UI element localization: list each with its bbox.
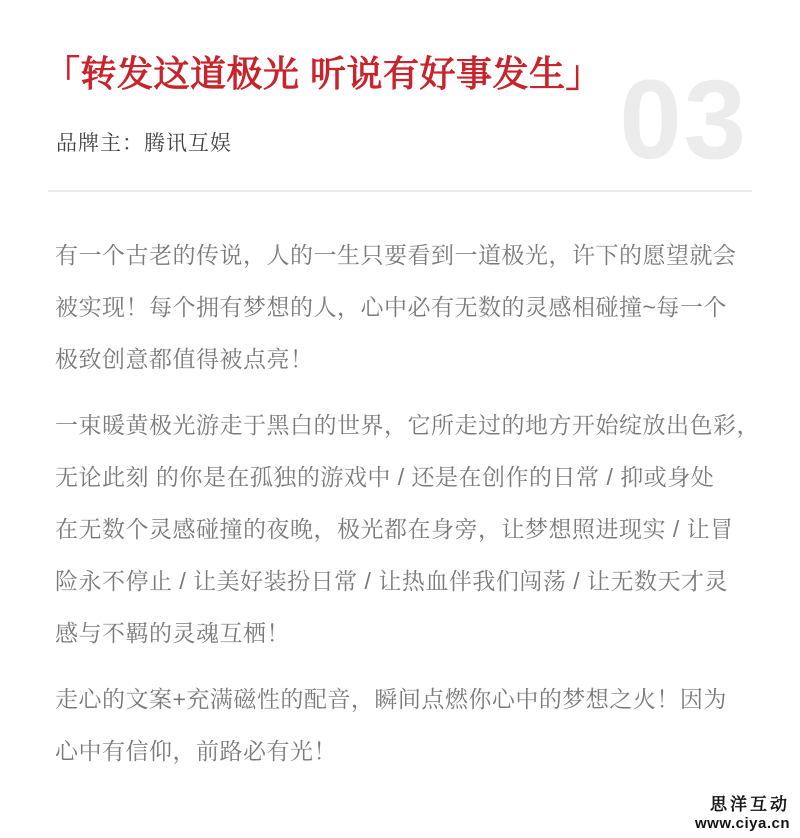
agency-website: www.ciya.cn (695, 815, 790, 832)
text-line: 走心的文案+充满磁性的配音，瞬间点燃你心中的梦想之火！因为 (55, 673, 745, 725)
text-line: 心中有信仰，前路必有光！ (55, 725, 745, 777)
text-line: 无论此刻 的你是在孤独的游戏中 / 还是在创作的日常 / 抑或身处 (55, 451, 745, 503)
text-line: 一束暖黄极光游走于黑白的世界，它所走过的地方开始绽放出色彩， (55, 399, 745, 451)
paragraph: 一束暖黄极光游走于黑白的世界，它所走过的地方开始绽放出色彩， 无论此刻 的你是在… (55, 399, 745, 659)
divider (48, 190, 752, 192)
paragraph: 走心的文案+充满磁性的配音，瞬间点燃你心中的梦想之火！因为 心中有信仰，前路必有… (55, 673, 745, 777)
paragraph: 有一个古老的传说，人的一生只要看到一道极光，许下的愿望就会 被实现！每个拥有梦想… (55, 229, 745, 385)
agency-watermark: 思洋互动 www.ciya.cn (695, 795, 790, 832)
brand-owner-label: 品牌主：腾讯互娱 (56, 131, 800, 156)
header: 「转发这道极光 听说有好事发生」 品牌主：腾讯互娱 (0, 52, 800, 192)
text-line: 被实现！每个拥有梦想的人，心中必有无数的灵感相碰撞~每一个 (55, 281, 745, 333)
text-line: 有一个古老的传说，人的一生只要看到一道极光，许下的愿望就会 (55, 229, 745, 281)
agency-name: 思洋互动 (695, 795, 790, 815)
article-body: 有一个古老的传说，人的一生只要看到一道极光，许下的愿望就会 被实现！每个拥有梦想… (55, 229, 745, 777)
text-line: 险永不停止 / 让美好装扮日常 / 让热血伴我们闯荡 / 让无数天才灵 (55, 555, 745, 607)
case-study-page: 03 「转发这道极光 听说有好事发生」 品牌主：腾讯互娱 有一个古老的传说，人的… (0, 0, 800, 838)
page-title: 「转发这道极光 听说有好事发生」 (44, 52, 756, 95)
text-line: 在无数个灵感碰撞的夜晚，极光都在身旁，让梦想照进现实 / 让冒 (55, 503, 745, 555)
text-line: 极致创意都值得被点亮！ (55, 333, 745, 385)
text-line: 感与不羁的灵魂互栖！ (55, 607, 745, 659)
